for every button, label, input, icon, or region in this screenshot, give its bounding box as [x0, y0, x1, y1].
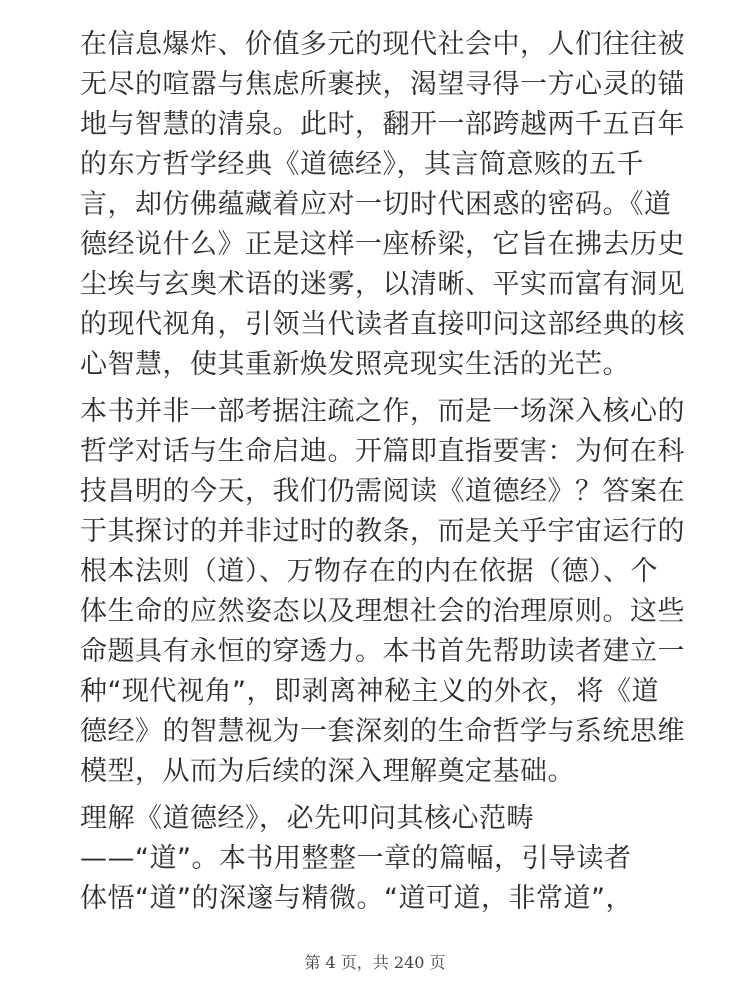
- text-line: 技昌明的今天，我们仍需阅读《道德经》？答案在: [80, 472, 672, 512]
- paragraph-3: 理解《道德经》，必先叩问其核心范畴 ——“道”。本书用整整一章的篇幅，引导读者 …: [80, 799, 672, 919]
- text-line: 的现代视角，引领当代读者直接叩问这部经典的核: [80, 305, 672, 345]
- text-line: ——“道”。本书用整整一章的篇幅，引导读者: [80, 839, 672, 879]
- text-line: 体悟“道”的深邃与精微。“道可道，非常道”，: [80, 879, 672, 919]
- text-line: 德经说什么》正是这样一座桥梁，它旨在拂去历史: [80, 225, 672, 265]
- paragraph-2: 本书并非一部考据注疏之作，而是一场深入核心的 哲学对话与生命启迪。开篇即直指要害…: [80, 392, 672, 792]
- text-line: 本书并非一部考据注疏之作，而是一场深入核心的: [80, 392, 672, 432]
- text-line: 模型，从而为后续的深入理解奠定基础。: [80, 752, 672, 792]
- text-line: 尘埃与玄奥术语的迷雾，以清晰、平实而富有洞见: [80, 265, 672, 305]
- text-line: 于其探讨的并非过时的教条，而是关乎宇宙运行的: [80, 512, 672, 552]
- document-page: 在信息爆炸、价值多元的现代社会中，人们往往被 无尽的喧嚣与焦虑所裹挟，渴望寻得一…: [80, 25, 672, 926]
- paragraph-1: 在信息爆炸、价值多元的现代社会中，人们往往被 无尽的喧嚣与焦虑所裹挟，渴望寻得一…: [80, 25, 672, 385]
- text-line: 的东方哲学经典《道德经》，其言简意赅的五千: [80, 145, 672, 185]
- text-line: 言，却仿佛蕴藏着应对一切时代困惑的密码。《道: [80, 185, 672, 225]
- text-line: 哲学对话与生命启迪。开篇即直指要害：为何在科: [80, 432, 672, 472]
- text-line: 地与智慧的清泉。此时，翻开一部跨越两千五百年: [80, 105, 672, 145]
- text-line: 无尽的喧嚣与焦虑所裹挟，渴望寻得一方心灵的锚: [80, 65, 672, 105]
- text-line: 理解《道德经》，必先叩问其核心范畴: [80, 799, 672, 839]
- text-line: 根本法则（道）、万物存在的内在依据（德）、个: [80, 552, 672, 592]
- text-line: 在信息爆炸、价值多元的现代社会中，人们往往被: [80, 25, 672, 65]
- text-line: 体生命的应然姿态以及理想社会的治理原则。这些: [80, 592, 672, 632]
- text-line: 种“现代视角”，即剥离神秘主义的外衣，将《道: [80, 672, 672, 712]
- page-indicator: 第 4 页，共 240 页: [0, 950, 750, 973]
- text-line: 命题具有永恒的穿透力。本书首先帮助读者建立一: [80, 632, 672, 672]
- text-line: 心智慧，使其重新焕发照亮现实生活的光芒。: [80, 345, 672, 385]
- text-line: 德经》的智慧视为一套深刻的生命哲学与系统思维: [80, 712, 672, 752]
